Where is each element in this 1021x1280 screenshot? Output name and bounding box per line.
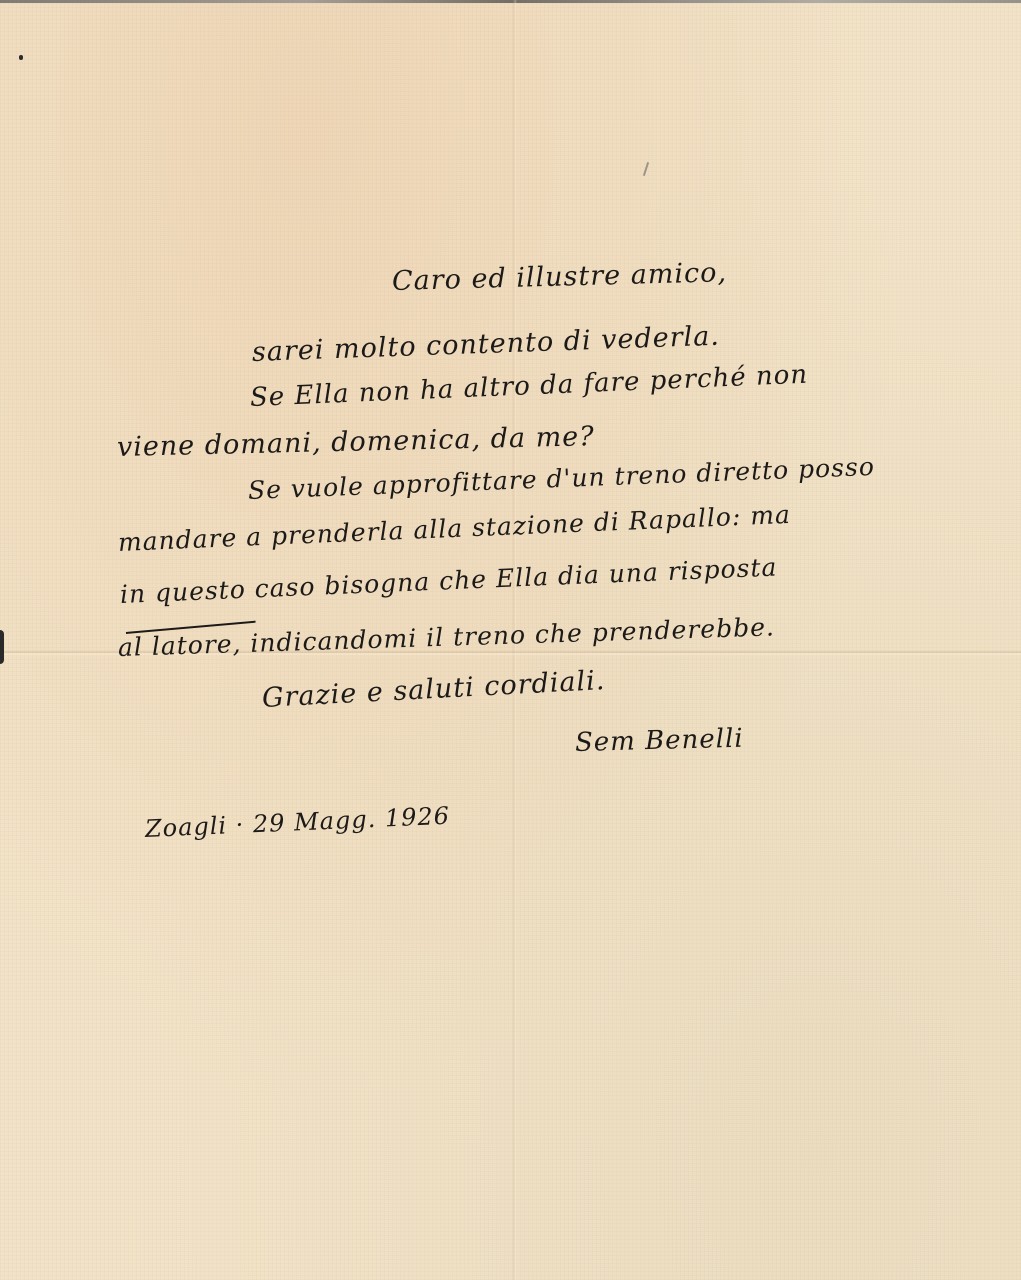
edge-ink-mark	[0, 630, 4, 664]
ink-speck	[19, 55, 23, 60]
signature: Sem Benelli	[575, 724, 744, 758]
scan-top-edge	[0, 0, 1021, 3]
